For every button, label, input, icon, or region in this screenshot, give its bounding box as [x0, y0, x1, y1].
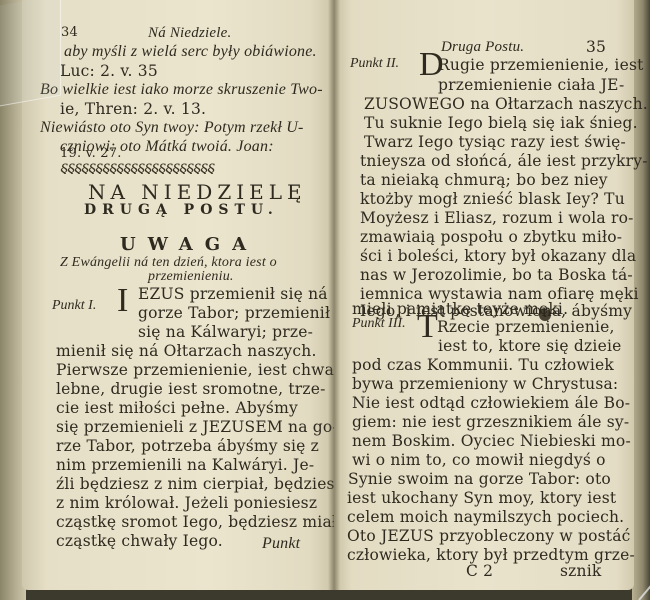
catchword-right: sznik [560, 562, 601, 580]
text-line: z nim królował. Jeżeli poniesiesz [56, 494, 317, 512]
text-line: tnieysza od słońcá, ále iest przykry- [360, 152, 648, 170]
section-title: NA NIEDZIELĘ [88, 180, 307, 204]
text-line: rze Tabor, potrzeba ábyśmy się z [56, 437, 319, 455]
text-line: cząstkę chwały Iego. [56, 532, 223, 550]
page-number-right: 35 [586, 38, 606, 56]
text-line: cie iest miłości pełne. Abyśmy [56, 399, 298, 417]
text-line: ta nieiaką chmurą; bo bez niey [360, 171, 608, 189]
running-head-right: Druga Postu. [441, 38, 524, 56]
glass-plate-corner [0, 0, 61, 106]
drop-cap: I [117, 284, 128, 318]
signature-mark: C 2 [466, 562, 493, 580]
text-line: aby myśli z wielá serc były obiáwione. [64, 43, 317, 61]
open-book: 34 Ná Niedziele. aby myśli z wielá serc … [0, 0, 650, 600]
text-line: Niewiásto oto Syn twoy: Potym rzekł U- [40, 119, 304, 137]
text-line: się na Kálwaryi; prze- [138, 323, 313, 341]
text-line: gorze Tabor; przemienił [138, 304, 330, 322]
page-number-left: 34 [61, 24, 78, 42]
text-line: mienił się ná Ołtarzach naszych. [56, 342, 317, 360]
text-line: zmawiaią pospołu o zbytku miło- [360, 228, 622, 246]
section-subtitle: DRUGĄ POSTU. [84, 202, 279, 218]
text-line: ktożby mogł znieść blask Iey? Tu [360, 190, 625, 208]
punkt-label: Punkt II. [350, 56, 399, 72]
text-line: Rzecie przemienienie, [437, 318, 615, 336]
text-line: się przemienieli z JEZUSEM na go- [56, 418, 338, 436]
text-line: Moyżesz i Eliasz, rozum i wola ro- [360, 209, 634, 227]
text-line: Nie iest odtąd człowiekiem ále Bo- [352, 394, 630, 412]
ornamental-divider: §§§§§§§§§§§§§§§§§§§§§§ [60, 160, 340, 174]
text-line: źli będziesz z nim cierpiał, będziesz [56, 475, 343, 493]
text-line: bywa przemieniony w Chrystusa: [352, 375, 618, 393]
catchword-left: Punkt [262, 535, 300, 553]
text-line: Oto JEZUS przyobleczony w postáć [347, 527, 631, 545]
text-line: przemienienie ciała JE- [438, 76, 624, 94]
text-line: Pierwsze przemienienie, iest chwa- [56, 361, 339, 379]
text-line: iest ukochany Syn moy, ktory iest [347, 489, 616, 507]
text-line: giem: nie iest grzesznikiem ále sy- [352, 413, 629, 431]
text-line: Tu suknie Iego bielą się iak śnieg. [364, 114, 638, 132]
book-gutter [328, 0, 340, 590]
text-line: nem Boskim. Oyciec Niebieski mo- [352, 432, 631, 450]
punkt-label: Punkt III. [352, 316, 406, 332]
running-head-left: Ná Niedziele. [148, 24, 231, 42]
text-line: EZUS przemienił się ná [138, 285, 328, 303]
text-line: lebne, drugie iest sromotne, trze- [56, 380, 326, 398]
text-line: Luc: 2. v. 35 [60, 62, 158, 80]
text-line: cząstkę sromot Iego, będziesz miał [56, 513, 337, 531]
text-line: ści i boleści, ktory był okazany dla [360, 247, 636, 265]
text-line: nas w Jerozolimie, bo ta Boska tá- [360, 266, 633, 284]
text-line: ZUSOWEGO na Ołtarzach naszych. [364, 95, 648, 113]
text-line: ie, Thren: 2. v. 13. [60, 100, 206, 118]
text-line: Bo wielkie iest iako morze skruszenie Tw… [40, 81, 323, 99]
uwaga-line: przemienieniu. [148, 268, 234, 286]
text-line: wi o nim to, co mowił niegdyś o [352, 451, 606, 469]
drop-cap: T [417, 310, 438, 344]
text-line: pod czas Kommunii. Tu człowiek [352, 356, 614, 374]
text-line: iest to, ktore się dzieie [438, 337, 621, 355]
text-line: nim przemienili na Kalwáryi. Je- [56, 456, 314, 474]
text-line: celem moich naymilszych pociech. [347, 508, 624, 526]
text-line: Twarz Iego tysiąc razy iest świę- [364, 133, 626, 151]
text-line: Synie swoim na gorze Tabor: oto [348, 470, 611, 488]
punkt-label: Punkt I. [52, 298, 96, 314]
uwaga-heading: UWAGA [120, 234, 258, 255]
text-line: Rugie przemienienie, iest [438, 56, 644, 74]
